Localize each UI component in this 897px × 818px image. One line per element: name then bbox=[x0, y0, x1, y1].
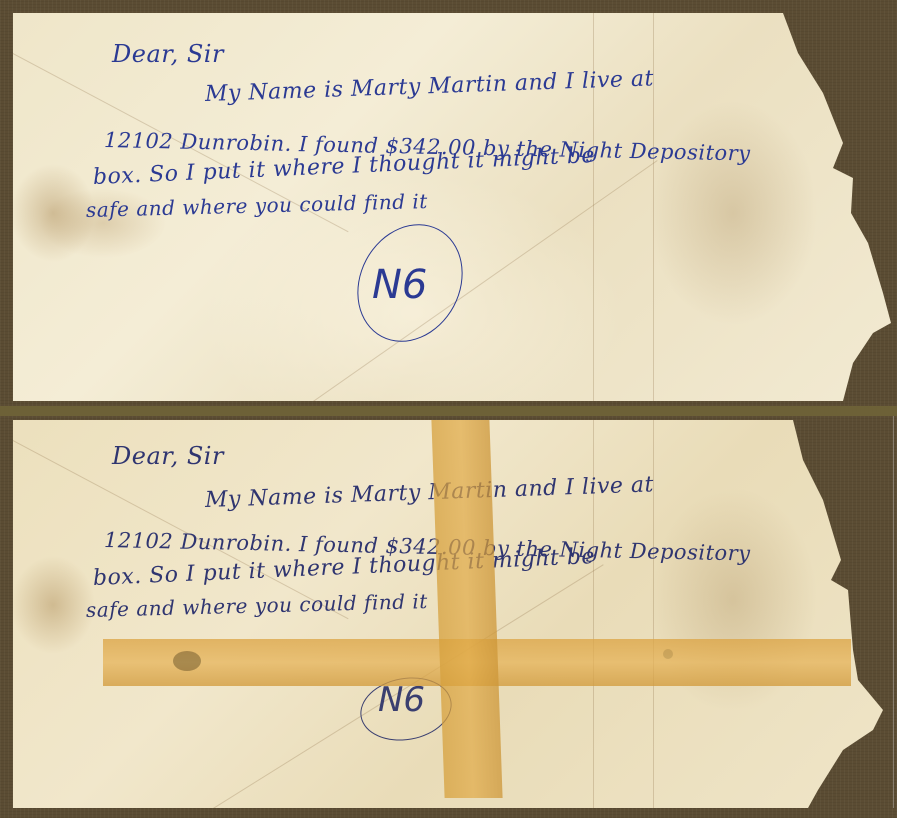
tape-stain bbox=[173, 651, 201, 671]
letter-panel-original: Dear, Sir My Name is Marty Martin and I … bbox=[0, 0, 897, 406]
tape-stain bbox=[663, 649, 673, 659]
salutation: Dear, Sir bbox=[112, 442, 224, 470]
salutation: Dear, Sir bbox=[112, 40, 224, 68]
mark-initials: N6 bbox=[372, 262, 427, 308]
letter-panel-taped: Dear, Sir My Name is Marty Martin and I … bbox=[0, 416, 897, 818]
divider-band bbox=[0, 406, 897, 416]
mark-initials: N6 bbox=[378, 680, 425, 720]
